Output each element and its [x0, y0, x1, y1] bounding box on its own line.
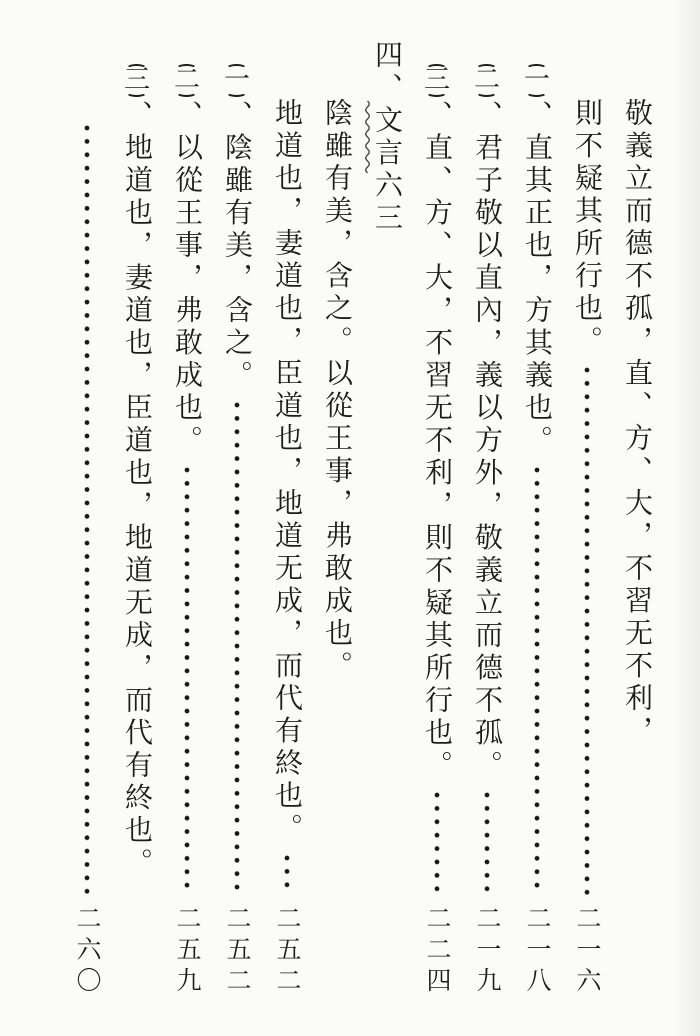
item-number-label: 三	[424, 64, 450, 97]
vertical-text: 陰雖有美，含之。以從王事，弗敢成也。	[312, 98, 362, 683]
item-63-3: 三 、地道也，妻道也，臣道也，地道无成，而代有終也。	[112, 0, 162, 1036]
paren-arc-bottom	[126, 88, 147, 97]
item-63-2: 二 、以從王事，弗敢成也。 二五九	[162, 0, 212, 1036]
dot-leader	[184, 467, 190, 896]
item-62-3: 三 、直、方、大，不習无不利，則不疑其所行也。 二二四	[412, 0, 462, 1036]
quote-wenyan-62-line2: 則不疑其所行也。 二一六	[562, 0, 612, 1036]
item-63-3-leader-continuation: 二六〇	[62, 0, 112, 1036]
vertical-text: 、直、方、大，不習无不利，則不疑其所行也。	[412, 100, 462, 783]
paren-arc-bottom	[476, 88, 497, 97]
item-number-label: 一	[224, 64, 250, 97]
item-63-1: 一 、陰雖有美，含之。 二五二	[212, 0, 262, 1036]
vertical-text: 地道也，妻道也，臣道也，地道无成，而代有終也。	[262, 98, 312, 846]
dot-leader	[284, 855, 290, 896]
vertical-text: 、以從王事，弗敢成也。	[162, 100, 212, 458]
item-number-char: 一	[224, 72, 250, 89]
item-number-char: 二	[174, 72, 200, 89]
dot-leader	[534, 467, 540, 896]
item-number-label: 三	[124, 64, 150, 97]
item-number-char: 二	[474, 72, 500, 89]
item-number-label: 一	[524, 64, 550, 97]
dot-leader	[84, 125, 90, 895]
page-number: 二一九	[462, 905, 512, 998]
paren-arc-bottom	[526, 88, 547, 97]
quote-wenyan-62-line1: 敬義立而德不孤，直、方、大，不習无不利，	[612, 0, 662, 1036]
vertical-text: 敬義立而德不孤，直、方、大，不習无不利，	[612, 98, 662, 748]
page-number: 二一六	[562, 905, 612, 998]
item-number-char: 一	[524, 72, 550, 89]
item-62-1: 一 、直其正也，方其義也。 二一八	[512, 0, 562, 1036]
item-number-char: 三	[124, 72, 150, 89]
dot-leader	[434, 792, 440, 896]
paren-arc-bottom	[426, 88, 447, 97]
item-62-2: 二 、君子敬以直內，義以方外，敬義立而德不孤。 二一九	[462, 0, 512, 1036]
page-number: 二五二	[262, 905, 312, 998]
item-number-char: 三	[424, 72, 450, 89]
page-number: 二五九	[162, 905, 212, 998]
vertical-text: 、君子敬以直內，義以方外，敬義立而德不孤。	[462, 100, 512, 783]
paren-arc-bottom	[176, 88, 197, 97]
quote-wenyan-63-line1: 陰雖有美，含之。以從王事，弗敢成也。	[312, 0, 362, 1036]
vertical-text: 、地道也，妻道也，臣道也，地道无成，而代有終也。	[112, 100, 162, 880]
dot-leader	[234, 402, 240, 896]
page-number: 二五二	[212, 905, 262, 998]
quote-wenyan-63-line2: 地道也，妻道也，臣道也，地道无成，而代有終也。 二五二	[262, 0, 312, 1036]
page-number: 二一八	[512, 905, 562, 998]
vertical-text: 、直其正也，方其義也。	[512, 100, 562, 458]
toc-page: 敬義立而德不孤，直、方、大，不習无不利， 則不疑其所行也。 二一六 一 、直其正…	[0, 0, 700, 1036]
paren-arc-bottom	[226, 88, 247, 97]
dot-leader	[484, 792, 490, 896]
page-number: 二二四	[412, 905, 462, 998]
page-number: 二六〇	[62, 905, 112, 998]
vertical-text: 、陰雖有美，含之。	[212, 100, 262, 393]
dot-leader	[584, 367, 590, 895]
section-header-wenyan-63: 四、文言六三	[362, 0, 412, 1036]
item-number-label: 二	[174, 64, 200, 97]
book-title-wavy-mark	[363, 100, 372, 174]
item-number-label: 二	[474, 64, 500, 97]
vertical-text: 則不疑其所行也。	[562, 98, 612, 358]
